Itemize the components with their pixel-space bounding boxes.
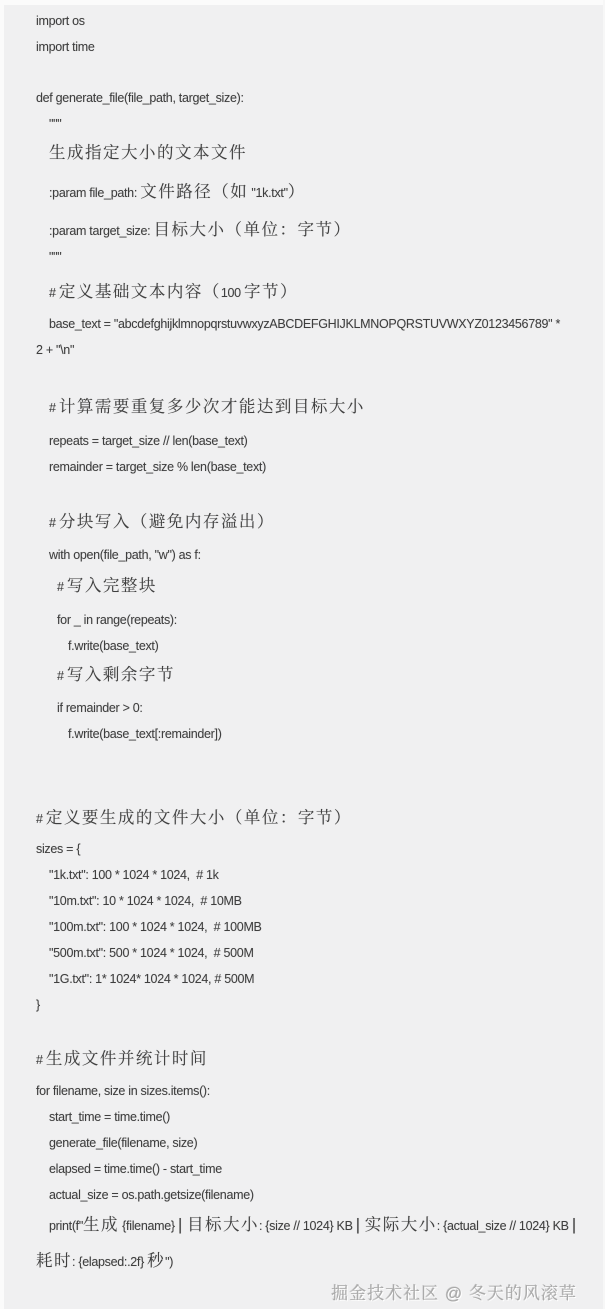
cjk-text-run: 定义要生成的文件大小（单位：字节） [46,809,352,827]
code-line: for filename, size in sizes.items(): [0,1078,605,1104]
code-line: f.write(base_text) [0,633,605,659]
cjk-text-run: 目标大小 [187,1216,259,1234]
code-line: if remainder > 0: [0,695,605,721]
code-line: for _ in range(repeats): [0,607,605,633]
cjk-text-run: 生成 [83,1216,119,1234]
code-snippet: import osimport timedef generate_file(fi… [0,8,605,1275]
cjk-text-run: 目标大小（单位：字节） [153,221,351,239]
cjk-text-run: 计算需要重复多少次才能达到目标大小 [59,398,365,416]
code-line: generate_file(filename, size) [0,1130,605,1156]
cjk-text-run: 写入完整块 [67,577,157,595]
code-line: # 计算需要重复多少次才能达到目标大小 [0,394,605,421]
code-line: import os [0,8,605,34]
code-line: start_time = time.time() [0,1104,605,1130]
code-line: """ [0,244,605,270]
code-line: "1k.txt": 100 * 1024 * 1024, # 1k [0,862,605,888]
cjk-text-run: 生成指定大小的文本文件 [49,144,247,162]
code-line: # 定义基础文本内容（100 字节） [0,279,605,306]
top-edge-border [0,0,605,5]
code-line: import time [0,34,605,60]
code-line: "500m.txt": 500 * 1024 * 1024, # 500M [0,940,605,966]
cjk-text-run: | [356,1216,362,1234]
code-line: "1G.txt": 1* 1024* 1024 * 1024, # 500M [0,966,605,992]
code-line: "100m.txt": 100 * 1024 * 1024, # 100MB [0,914,605,940]
code-line: # 定义要生成的文件大小（单位：字节） [0,805,605,832]
code-line: """ [0,111,605,137]
code-line: 2 + "\n" [0,337,605,363]
code-line: "10m.txt": 10 * 1024 * 1024, # 10MB [0,888,605,914]
code-line: elapsed = time.time() - start_time [0,1156,605,1182]
cjk-text-run: 写入剩余字节 [67,666,175,684]
code-line: # 写入剩余字节 [0,662,605,689]
code-line: } [0,992,605,1018]
code-line: print(f"生成 {filename} | 目标大小: {size // 1… [0,1212,605,1239]
code-line: 耗时: {elapsed:.2f} 秒") [0,1248,605,1275]
cjk-text-run: 分块写入（避免内存溢出） [59,513,275,531]
code-line: repeats = target_size // len(base_text) [0,428,605,454]
code-line: # 生成文件并统计时间 [0,1046,605,1073]
cjk-text-run: 字节） [244,283,298,301]
cjk-text-run: | [178,1216,184,1234]
code-line: sizes = { [0,836,605,862]
cjk-text-run: 文件路径（如 [140,183,248,201]
code-line: actual_size = os.path.getsize(filename) [0,1182,605,1208]
code-line: # 写入完整块 [0,573,605,600]
cjk-text-run: | [572,1216,578,1234]
code-line: 生成指定大小的文本文件 [0,140,605,167]
code-line: f.write(base_text[:remainder]) [0,721,605,747]
cjk-text-run: 生成文件并统计时间 [46,1050,208,1068]
cjk-text-run: 秒 [147,1252,165,1270]
cjk-text-run: 实际大小 [365,1216,437,1234]
code-line: with open(file_path, "w") as f: [0,542,605,568]
code-line: base_text = "abcdefghijklmnopqrstuvwxyzA… [0,311,605,337]
cjk-text-run: ） [288,183,306,201]
cjk-text-run: 耗时 [36,1252,72,1270]
code-line: # 分块写入（避免内存溢出） [0,509,605,536]
code-line: remainder = target_size % len(base_text) [0,454,605,480]
code-line: :param target_size: 目标大小（单位：字节） [0,217,605,244]
code-line: :param file_path: 文件路径（如 "1k.txt"） [0,179,605,206]
watermark: 掘金技术社区 @ 冬天的风滚草 [0,1281,605,1307]
cjk-text-run: 定义基础文本内容（ [59,283,221,301]
code-line: def generate_file(file_path, target_size… [0,85,605,111]
